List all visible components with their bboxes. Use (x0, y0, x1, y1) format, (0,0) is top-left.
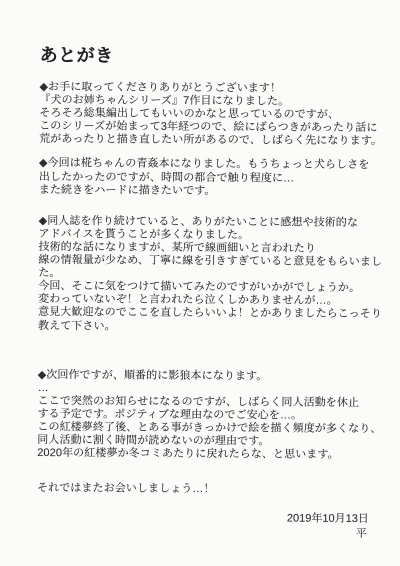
sign-block: 2019年10月13日 平 (37, 510, 369, 541)
paragraph-feedback: ◆同人誌を作り続けていると、ありがたいことに感想や技術的な アドバイスを貰うこと… (38, 215, 399, 335)
paragraph-next-work: ◆次回作ですが、順番的に影狼本になります。 … ここで突然のお知らせになるのです… (37, 369, 398, 463)
afterword-page: あとがき ◆お手に取ってくださりありがとうございます！ 『犬のお姉ちゃんシリーズ… (0, 0, 400, 542)
date-line: 2019年10月13日 (37, 510, 369, 526)
closing-line: それではまたお会いしましょう…！ (37, 482, 397, 497)
paragraph-greeting: ◆お手に取ってくださりありがとうございます！ 『犬のお姉ちゃんシリーズ』7作目に… (39, 81, 399, 149)
author-signature: 平 (37, 525, 369, 541)
paragraph-about-this-book: ◆今回は椛ちゃんの青姦本になりました。もうちょっと犬らしさを 出したかったのです… (39, 157, 399, 198)
page-title: あとがき (40, 45, 400, 67)
